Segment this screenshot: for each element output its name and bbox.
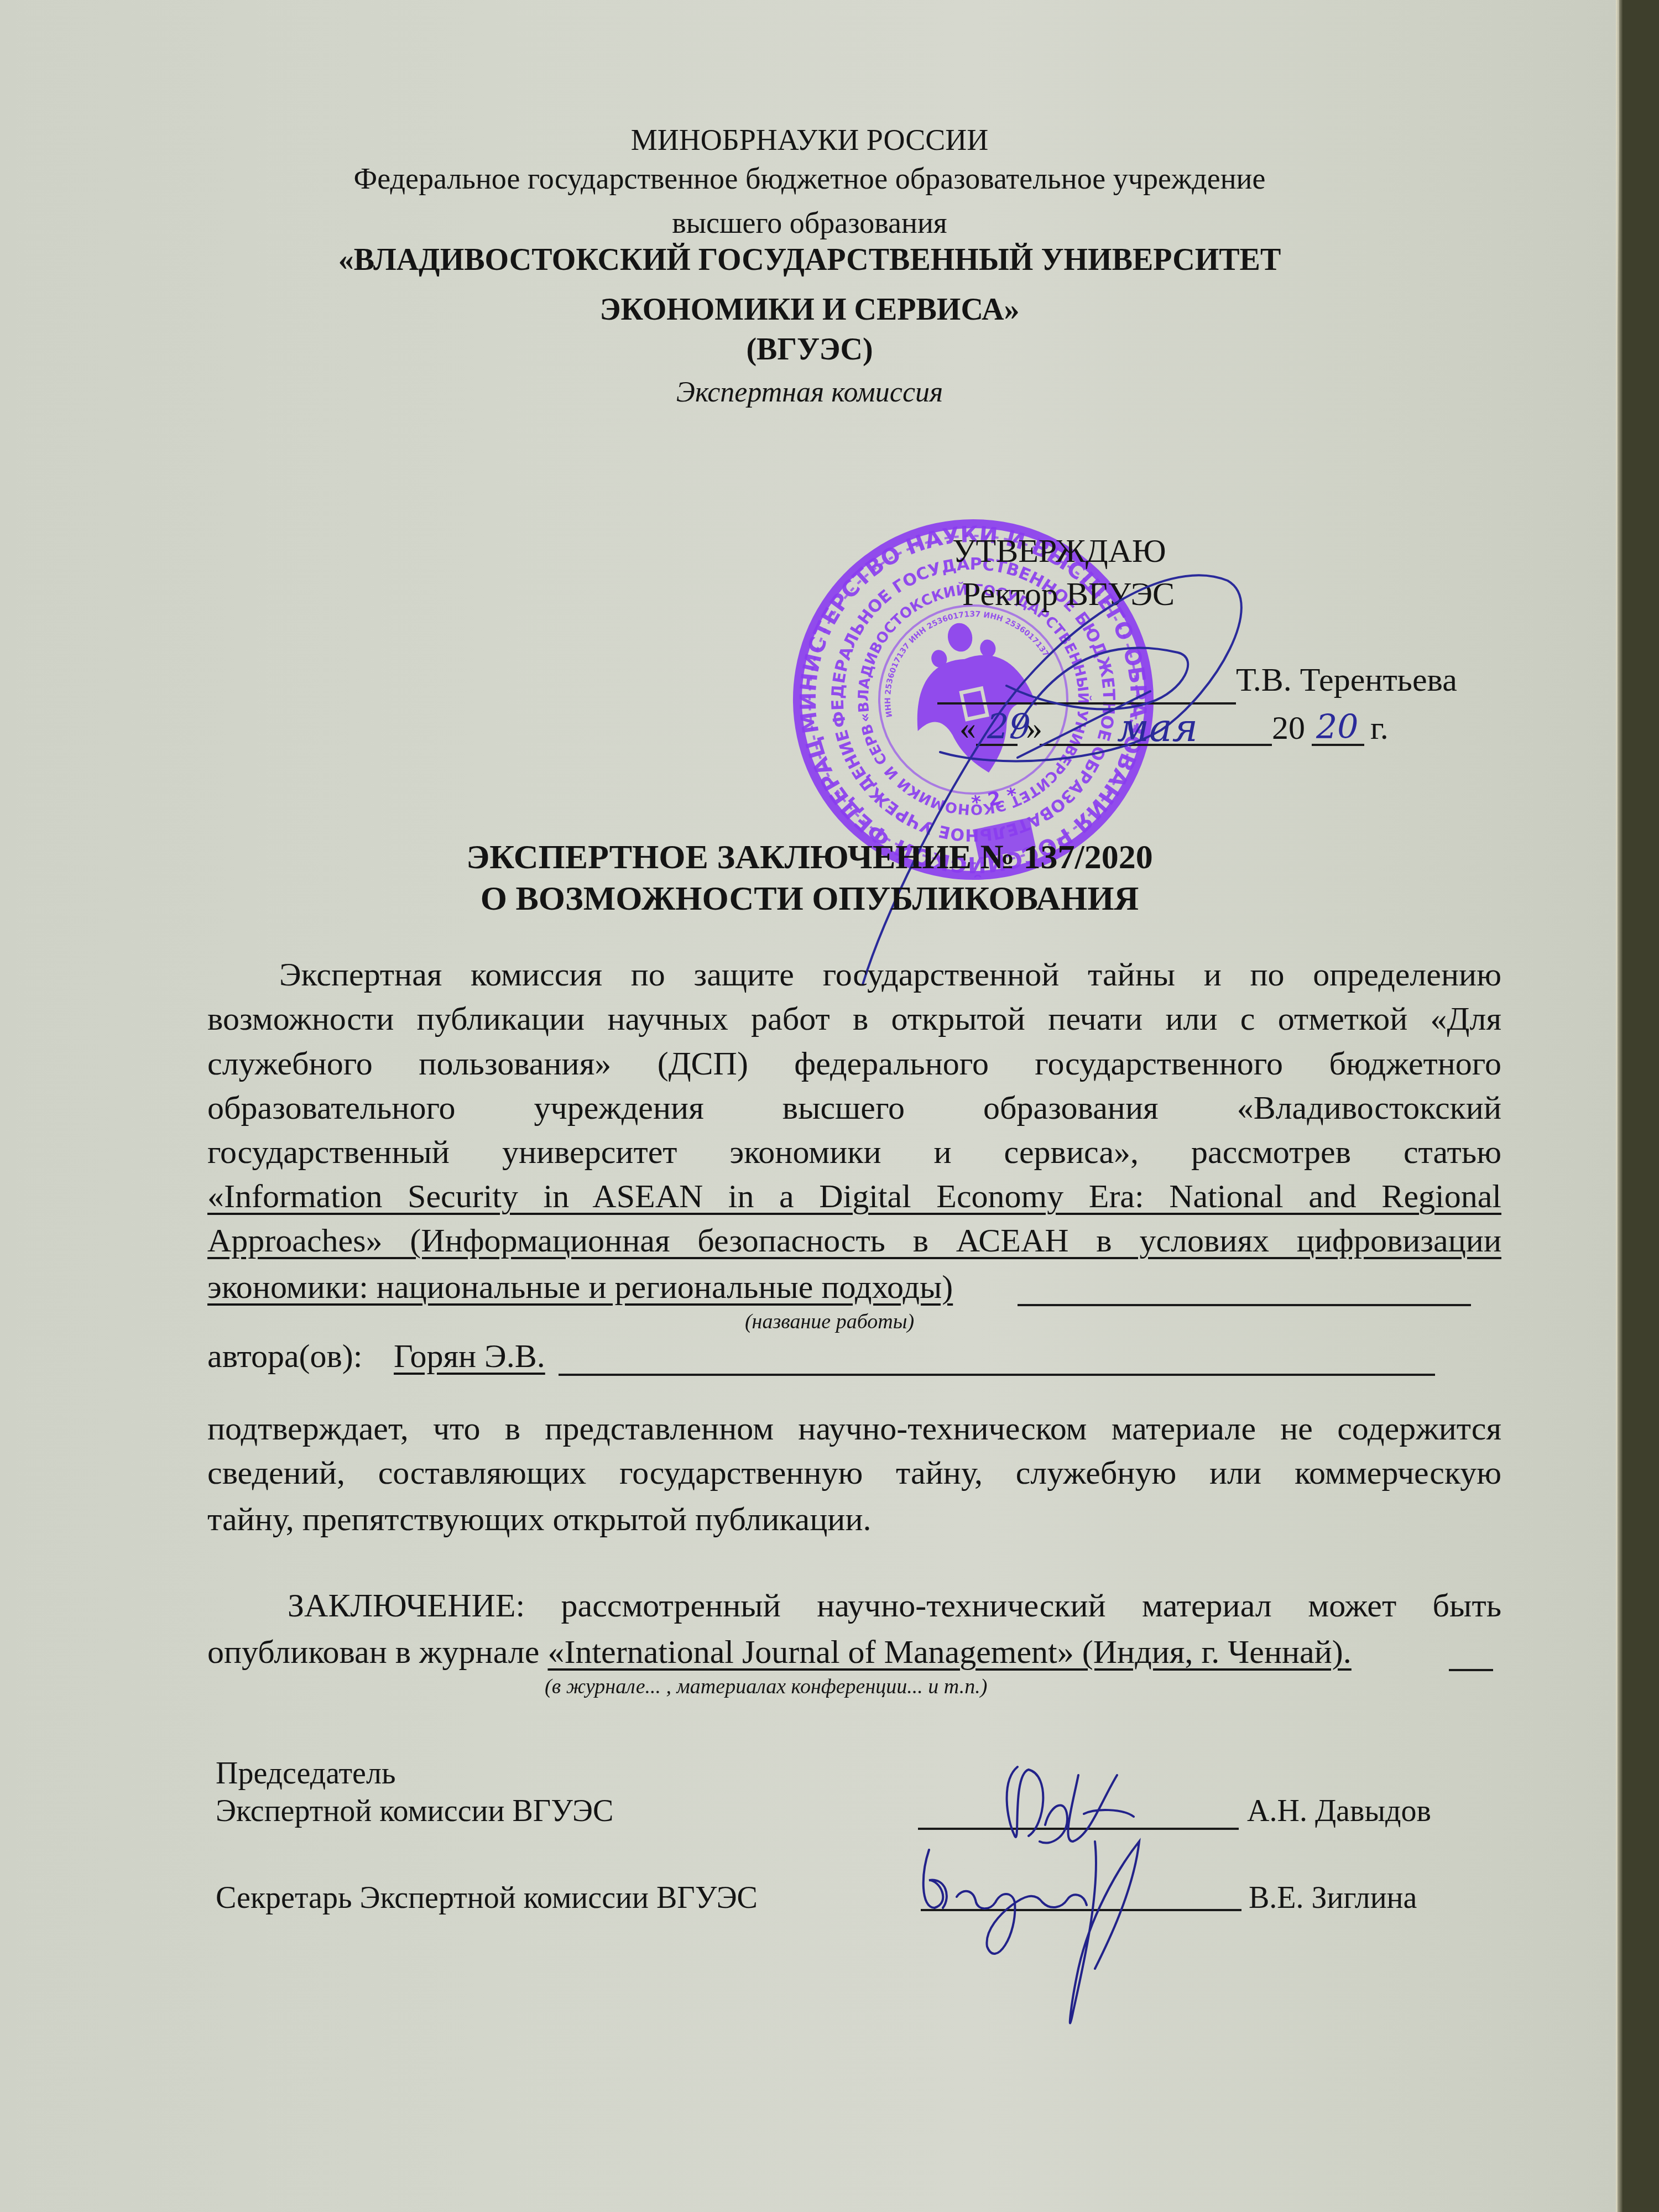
rector-signature-line — [937, 702, 1236, 705]
rector-name: Т.В. Терентьева — [1236, 661, 1457, 699]
authors-label: автора(ов): — [207, 1337, 363, 1375]
body-paragraph2-line1: подтверждает, что в представленном научн… — [207, 1412, 1501, 1445]
approval-date-close-quote: » — [1026, 709, 1042, 747]
secretary-name: В.Е. Зиглина — [1249, 1880, 1417, 1916]
chair-role-line1: Председатель — [216, 1756, 395, 1791]
approve-label: УТВЕРЖДАЮ — [952, 532, 1166, 570]
work-title-hint: (название работы) — [0, 1310, 1659, 1334]
journal-fill-line — [1449, 1669, 1493, 1671]
rector-position: Ректор ВГУЭС — [962, 575, 1175, 613]
body-paragraph1-line5: государственный университет экономики и … — [207, 1135, 1501, 1168]
institution-type-line1: Федеральное государственное бюджетное об… — [0, 161, 1619, 196]
document-title-line2: О ВОЗМОЖНОСТИ ОПУБЛИКОВАНИЯ — [0, 879, 1619, 919]
date-day-line — [976, 744, 1018, 746]
date-month-line — [1040, 744, 1272, 746]
secretary-role: Секретарь Экспертной комиссии ВГУЭС — [216, 1880, 758, 1916]
conclusion-hint: (в журнале... , материалах конференции..… — [545, 1674, 987, 1699]
authors-value: Горян Э.В. — [394, 1337, 545, 1375]
ministry-name: МИНОБРНАУКИ РОССИИ — [0, 123, 1619, 157]
date-year-line — [1312, 744, 1364, 746]
department-name: Экспертная комиссия — [0, 376, 1619, 409]
work-title-line1: «Information Security in ASEAN in a Digi… — [207, 1180, 1501, 1213]
approval-date-open-quote: « — [959, 709, 976, 747]
body-paragraph1-line1: Экспертная комиссия по защите государств… — [207, 958, 1501, 991]
secretary-signature-line — [921, 1909, 1241, 1911]
chair-role-line2: Экспертной комиссии ВГУЭС — [216, 1793, 613, 1829]
approval-date-year-prefix: 20 — [1272, 709, 1305, 747]
document-title-line1: ЭКСПЕРТНОЕ ЗАКЛЮЧЕНИЕ № 137/2020 — [0, 838, 1619, 877]
journal-name: «International Journal of Management» (И… — [547, 1634, 1351, 1670]
university-name-line2: ЭКОНОМИКИ И СЕРВИСА» — [0, 292, 1619, 327]
institution-type-line2: высшего образования — [0, 206, 1619, 240]
conclusion-prefix: опубликован в журнале — [207, 1634, 539, 1670]
body-paragraph1-line3: служебного пользования» (ДСП) федерально… — [207, 1047, 1501, 1080]
work-title-fill-line — [1018, 1304, 1471, 1306]
conclusion-line2: опубликован в журнале «International Jou… — [207, 1633, 1352, 1671]
chair-signature-line — [918, 1828, 1239, 1830]
chair-name: А.Н. Давыдов — [1247, 1793, 1431, 1829]
body-paragraph1-line2: возможности публикации научных работ в о… — [207, 1002, 1501, 1035]
university-abbreviation: (ВГУЭС) — [0, 332, 1619, 367]
work-title-line3: экономики: национальные и региональные п… — [207, 1268, 953, 1306]
conclusion-line1: ЗАКЛЮЧЕНИЕ: рассмотренный научно-техниче… — [207, 1589, 1501, 1622]
work-title-line2: Approaches» (Информационная безопасность… — [207, 1224, 1501, 1257]
university-name-line1: «ВЛАДИВОСТОКСКИЙ ГОСУДАРСТВЕННЫЙ УНИВЕРС… — [0, 242, 1619, 278]
body-paragraph1-line4: образовательного учреждения высшего обра… — [207, 1091, 1501, 1124]
body-paragraph2-line2: сведений, составляющих государственную т… — [207, 1456, 1501, 1489]
approval-date-year-unit: г. — [1370, 709, 1389, 747]
body-paragraph2-line3: тайну, препятствующих открытой публикаци… — [207, 1500, 872, 1538]
authors-fill-line — [559, 1374, 1435, 1376]
